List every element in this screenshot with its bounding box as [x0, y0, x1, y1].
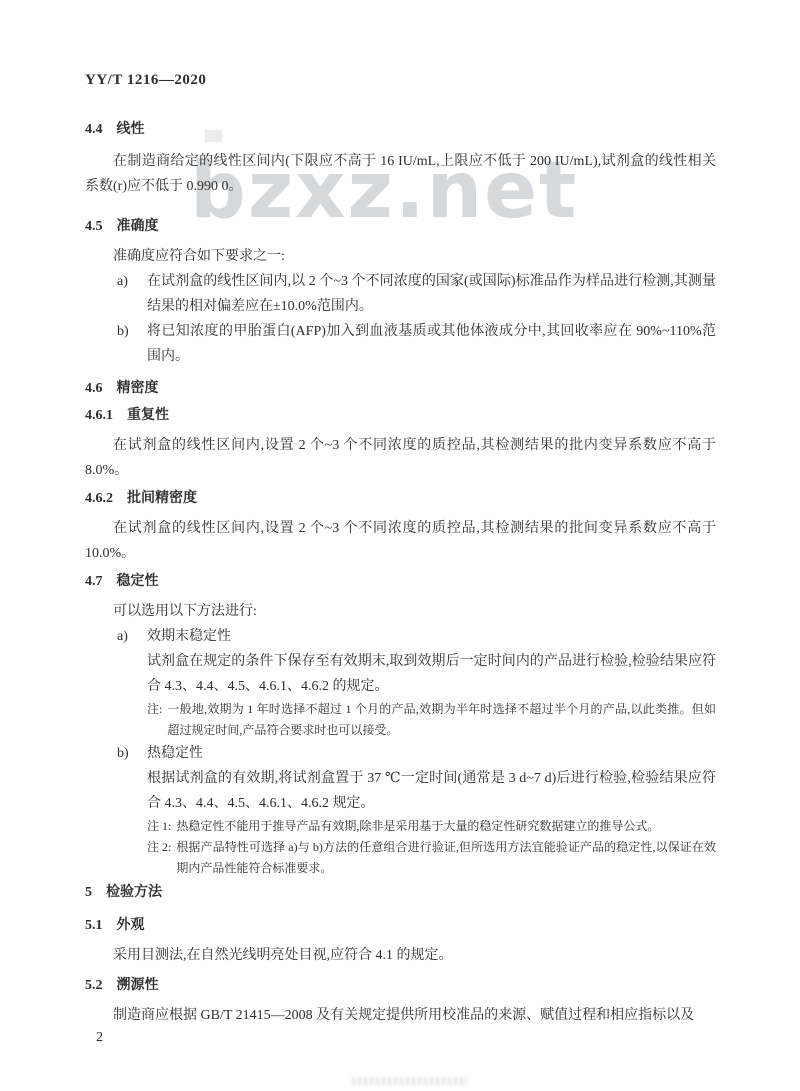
section-number-4-6-1: 4.6.1: [85, 406, 113, 425]
section-number-5-2: 5.2: [85, 976, 103, 995]
list-item-text-accuracy-a: 在试剂盒的线性区间内,以 2 个~3 个不同浓度的国家(或国际)标准品作为样品进…: [147, 269, 716, 319]
section-title-4-6: 精密度: [117, 379, 159, 398]
paragraph-linearity: 在制造商给定的线性区间内(下限应不高于 16 IU/mL,上限应不低于 200 …: [85, 149, 716, 199]
section-number-4-6-2: 4.6.2: [85, 489, 113, 508]
list-body-stability-b: 热稳定性 根据试剂盒的有效期,将试剂盒置于 37 ℃一定时间(通常是 3 d~7…: [147, 741, 716, 879]
note-label: 注:: [147, 699, 167, 741]
section-heading-4-6-2: 4.6.2 批间精密度: [85, 489, 716, 508]
section-title-4-6-2: 批间精密度: [127, 489, 197, 508]
note-thermal-2: 注 2: 根据产品特性可选择 a)与 b)方法的任意组合进行验证,但所选用方法宜…: [147, 837, 716, 879]
page-content: YY/T 1216—2020 4.4 线性 在制造商给定的线性区间内(下限应不高…: [85, 72, 716, 1028]
section-title-5-2: 溯源性: [117, 976, 159, 995]
section-heading-4-7: 4.7 稳定性: [85, 572, 716, 591]
section-number-5: 5: [85, 883, 92, 902]
section-title-5-1: 外观: [117, 916, 145, 935]
paragraph-repeatability: 在试剂盒的线性区间内,设置 2 个~3 个不同浓度的质控品,其检测结果的批内变异…: [85, 433, 716, 483]
section-title-4-4: 线性: [117, 120, 145, 139]
list-item-text-accuracy-b: 将已知浓度的甲胎蛋白(AFP)加入到血液基质或其他体液成分中,其回收率应在 90…: [147, 319, 716, 369]
note-text: 一般地,效期为 1 年时选择不超过 1 个月的产品,效期为半年时选择不超过半个月…: [167, 699, 716, 741]
section-heading-5-2: 5.2 溯源性: [85, 976, 716, 995]
page-number: 2: [96, 1030, 103, 1046]
list-title-shelf-life-stability: 效期末稳定性: [147, 624, 716, 649]
paragraph-appearance-method: 采用目测法,在自然光线明亮处目视,应符合 4.1 的规定。: [85, 943, 716, 968]
footer-faint-smudge: [352, 1077, 467, 1085]
section-number-4-5: 4.5: [85, 217, 103, 236]
section-heading-4-5: 4.5 准确度: [85, 217, 716, 236]
paragraph-thermal-stability: 根据试剂盒的有效期,将试剂盒置于 37 ℃一定时间(通常是 3 d~7 d)后进…: [147, 766, 716, 816]
section-title-4-5: 准确度: [117, 217, 159, 236]
list-marker-a: a): [117, 269, 147, 319]
section-title-4-6-1: 重复性: [127, 406, 169, 425]
note-shelf-life: 注: 一般地,效期为 1 年时选择不超过 1 个月的产品,效期为半年时选择不超过…: [147, 699, 716, 741]
note-label-2: 注 2:: [147, 837, 176, 879]
list-marker-b: b): [117, 319, 147, 369]
paragraph-between-lot-precision: 在试剂盒的线性区间内,设置 2 个~3 个不同浓度的质控品,其检测结果的批间变异…: [85, 516, 716, 566]
section-number-4-6: 4.6: [85, 379, 103, 398]
list-marker-stability-a: a): [117, 624, 147, 741]
note-text-2: 根据产品特性可选择 a)与 b)方法的任意组合进行验证,但所选用方法宜能验证产品…: [176, 837, 716, 879]
list-item-accuracy-a: a) 在试剂盒的线性区间内,以 2 个~3 个不同浓度的国家(或国际)标准品作为…: [85, 269, 716, 319]
paragraph-traceability: 制造商应根据 GB/T 21415—2008 及有关规定提供所用校准品的来源、赋…: [85, 1003, 716, 1028]
section-heading-5: 5 检验方法: [85, 883, 716, 902]
section-heading-4-4: 4.4 线性: [85, 120, 716, 139]
list-body-stability-a: 效期末稳定性 试剂盒在规定的条件下保存至有效期末,取到效期后一定时间内的产品进行…: [147, 624, 716, 741]
note-text-1: 热稳定性不能用于推导产品有效期,除非是采用基于大量的稳定性研究数据建立的推导公式…: [176, 816, 716, 837]
section-number-4-7: 4.7: [85, 572, 103, 591]
section-number-5-1: 5.1: [85, 916, 103, 935]
section-title-4-7: 稳定性: [117, 572, 159, 591]
document-page: bzxz.net YY/T 1216—2020 4.4 线性 在制造商给定的线性…: [0, 0, 800, 1091]
list-item-stability-a: a) 效期末稳定性 试剂盒在规定的条件下保存至有效期末,取到效期后一定时间内的产…: [85, 624, 716, 741]
section-title-5: 检验方法: [106, 883, 162, 902]
note-label-1: 注 1:: [147, 816, 176, 837]
running-header-doc-number: YY/T 1216—2020: [85, 72, 716, 89]
section-heading-4-6: 4.6 精密度: [85, 379, 716, 398]
paragraph-shelf-life-stability: 试剂盒在规定的条件下保存至有效期末,取到效期后一定时间内的产品进行检验,检验结果…: [147, 649, 716, 699]
list-item-accuracy-b: b) 将已知浓度的甲胎蛋白(AFP)加入到血液基质或其他体液成分中,其回收率应在…: [85, 319, 716, 369]
list-title-thermal-stability: 热稳定性: [147, 741, 716, 766]
section-heading-5-1: 5.1 外观: [85, 916, 716, 935]
paragraph-stability-intro: 可以选用以下方法进行:: [85, 599, 716, 624]
list-marker-stability-b: b): [117, 741, 147, 879]
section-heading-4-6-1: 4.6.1 重复性: [85, 406, 716, 425]
list-item-stability-b: b) 热稳定性 根据试剂盒的有效期,将试剂盒置于 37 ℃一定时间(通常是 3 …: [85, 741, 716, 879]
note-thermal-1: 注 1: 热稳定性不能用于推导产品有效期,除非是采用基于大量的稳定性研究数据建立…: [147, 816, 716, 837]
paragraph-accuracy-intro: 准确度应符合如下要求之一:: [85, 244, 716, 269]
section-number-4-4: 4.4: [85, 120, 103, 139]
